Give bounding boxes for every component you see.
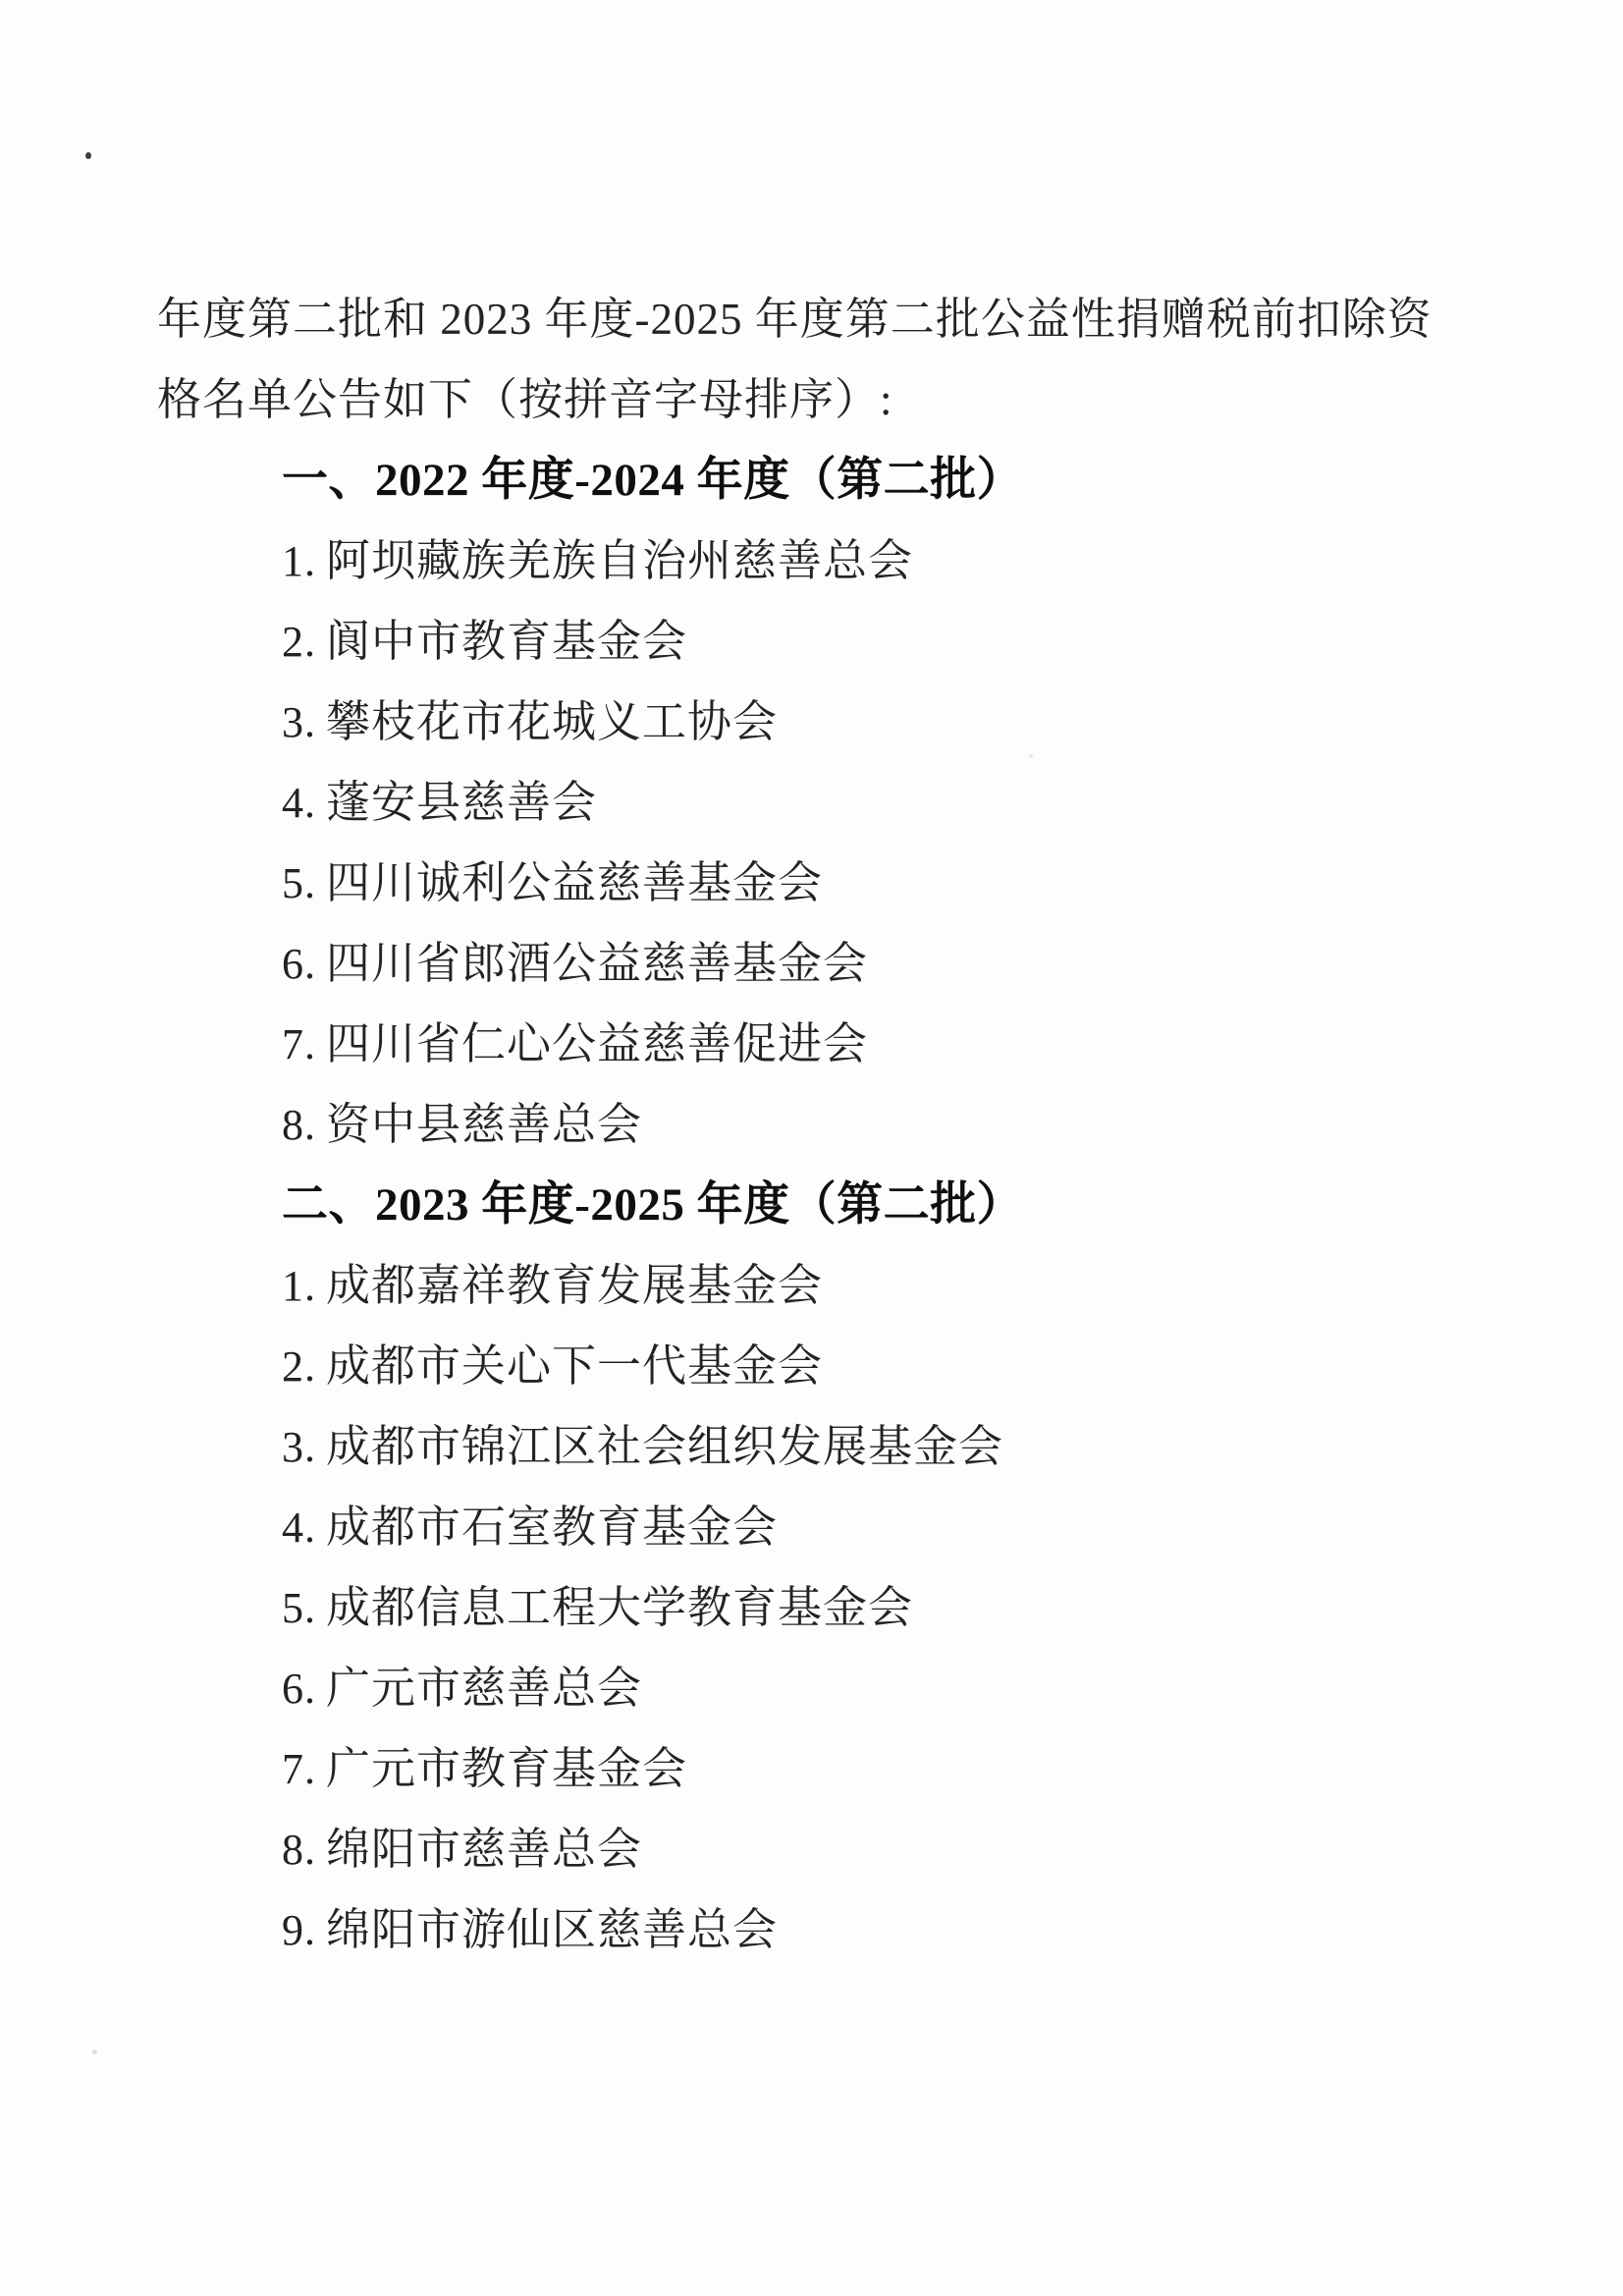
scanned-document-page: 年度第二批和 2023 年度-2025 年度第二批公益性捐赠税前扣除资 格名单公… [0,0,1623,2296]
item-number: 2. [282,1327,316,1407]
item-name: 四川省郎酒公益慈善基金会 [326,939,868,988]
item-name: 四川省仁心公益慈善促进会 [326,1019,868,1068]
item-name: 蓬安县慈善会 [326,778,597,827]
list-item: 6.广元市慈善总会 [282,1648,1463,1728]
section-heading-2: 二、2023 年度-2025 年度（第二批） [282,1165,1463,1245]
list-item: 7.四川省仁心公益慈善促进会 [282,1004,1463,1084]
item-number: 1. [282,521,316,602]
item-number: 4. [282,763,316,844]
item-number: 6. [282,924,316,1005]
item-number: 1. [282,1246,316,1327]
scan-speck [92,2050,97,2054]
list-item: 2.阆中市教育基金会 [282,601,1463,682]
list-item: 4.成都市石室教育基金会 [282,1487,1463,1567]
scan-speck [85,152,91,159]
item-name: 绵阳市游仙区慈善总会 [326,1905,778,1954]
intro-paragraph-line: 年度第二批和 2023 年度-2025 年度第二批公益性捐赠税前扣除资 [157,279,1463,359]
list-item: 5.四川诚利公益慈善基金会 [282,843,1463,923]
item-number: 8. [282,1810,316,1890]
item-name: 资中县慈善总会 [326,1100,642,1149]
item-number: 7. [282,1729,316,1810]
list-item: 7.广元市教育基金会 [282,1728,1463,1809]
intro-paragraph-line: 格名单公告如下（按拼音字母排序）: [157,359,1463,440]
item-number: 3. [282,1407,316,1488]
item-name: 成都信息工程大学教育基金会 [326,1583,913,1632]
list-item: 3.攀枝花市花城义工协会 [282,682,1463,762]
list-item: 8.绵阳市慈善总会 [282,1809,1463,1889]
item-name: 广元市慈善总会 [326,1664,642,1713]
section-heading-1: 一、2022 年度-2024 年度（第二批） [282,440,1463,520]
document-body: 年度第二批和 2023 年度-2025 年度第二批公益性捐赠税前扣除资 格名单公… [157,279,1463,1970]
item-number: 6. [282,1649,316,1729]
item-name: 绵阳市慈善总会 [326,1825,642,1874]
list-item: 9.绵阳市游仙区慈善总会 [282,1889,1463,1970]
section-list: 一、2022 年度-2024 年度（第二批）1.阿坝藏族羌族自治州慈善总会2.阆… [157,440,1463,1970]
item-number: 8. [282,1085,316,1166]
item-name: 广元市教育基金会 [326,1744,687,1793]
item-number: 5. [282,1568,316,1649]
list-item: 5.成都信息工程大学教育基金会 [282,1567,1463,1648]
item-number: 4. [282,1488,316,1568]
item-name: 阿坝藏族羌族自治州慈善总会 [326,536,913,585]
list-item: 4.蓬安县慈善会 [282,762,1463,843]
item-name: 成都市锦江区社会组织发展基金会 [326,1422,1003,1471]
item-name: 成都嘉祥教育发展基金会 [326,1261,823,1310]
item-number: 7. [282,1005,316,1085]
item-name: 阆中市教育基金会 [326,617,687,666]
item-name: 成都市关心下一代基金会 [326,1341,823,1391]
list-item: 6.四川省郎酒公益慈善基金会 [282,923,1463,1004]
item-number: 2. [282,602,316,683]
list-item: 2.成都市关心下一代基金会 [282,1326,1463,1406]
item-number: 5. [282,844,316,924]
item-name: 四川诚利公益慈善基金会 [326,858,823,907]
list-item: 8.资中县慈善总会 [282,1084,1463,1165]
item-name: 攀枝花市花城义工协会 [326,697,778,746]
item-name: 成都市石室教育基金会 [326,1503,778,1552]
item-number: 9. [282,1890,316,1971]
item-number: 3. [282,683,316,763]
list-item: 3.成都市锦江区社会组织发展基金会 [282,1406,1463,1487]
list-item: 1.阿坝藏族羌族自治州慈善总会 [282,520,1463,601]
list-item: 1.成都嘉祥教育发展基金会 [282,1245,1463,1326]
